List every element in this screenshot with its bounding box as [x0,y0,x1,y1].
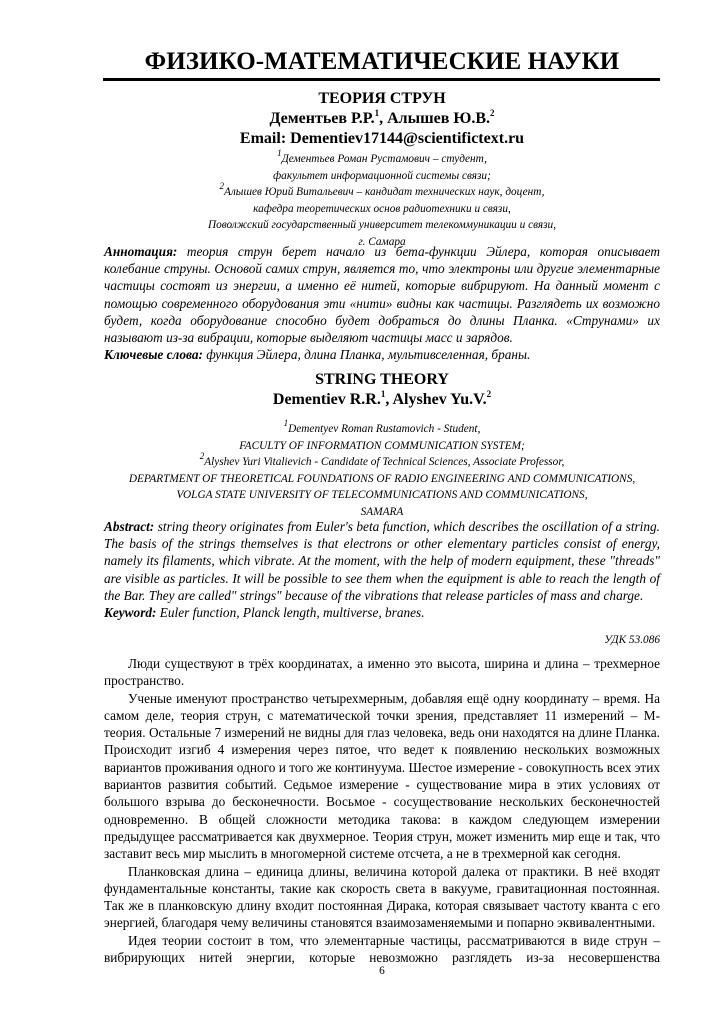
affiliation-line: факультет информационной системы связи; [104,168,660,185]
affiliations-ru: 1Дементьев Роман Рустамович – студент, ф… [104,151,660,250]
author1-ru: Дементьев Р.Р. [269,110,374,127]
authors-en: Dementiev R.R.1, Alyshev Yu.V.2 [104,390,660,410]
affiliation-line: FACULTY OF INFORMATION COMMUNICATION SYS… [104,438,660,455]
keywords-text-en: Euler function, Planck length, multivers… [156,605,424,620]
header-rule [103,78,660,81]
author1-sup: 1 [375,108,380,118]
abstract-paragraph-en: Abstract: string theory originates from … [104,518,660,604]
body-paragraph: Ученые именуют пространство четырехмерны… [104,690,660,863]
author2-ru: , Алышев Ю.В. [379,110,490,127]
author2-sup-en: 2 [487,389,492,399]
author2-en: , Alyshev Yu.V. [385,391,486,408]
body-text: Люди существуют в трёх координатах, а им… [104,655,660,966]
affiliation-line: DEPARTMENT OF THEORETICAL FOUNDATIONS OF… [84,471,680,488]
section-header: ФИЗИКО-МАТЕМАТИЧЕСКИЕ НАУКИ [104,47,660,77]
keywords-en: Keyword: Euler function, Planck length, … [104,604,660,621]
aff-sup: 1 [277,148,282,158]
affiliation-line: VOLGA STATE UNIVERSITY OF TELECOMMUNICAT… [104,487,660,504]
affiliation-line: 2Alyshev Yuri Vitalievich - Candidate of… [104,454,660,471]
affiliation-line: кафедра теоретических основ радиотехники… [104,201,660,218]
keywords-ru: Ключевые слова: функция Эйлера, длина Пл… [104,346,660,363]
abstract-text-en: string theory originates from Euler's be… [104,519,660,603]
aff-sup: 1 [284,418,289,428]
aff-sup: 2 [219,181,224,191]
aff-text: Dementyev Roman Rustamovich - Student, [288,423,480,435]
aff-text: кафедра теоретических основ радиотехники… [253,203,511,215]
abstract-en: Abstract: string theory originates from … [104,518,660,621]
authors-ru: Дементьев Р.Р.1, Алышев Ю.В.2 [104,109,660,129]
ru-title-block: ТЕОРИЯ СТРУН Дементьев Р.Р.1, Алышев Ю.В… [104,89,660,250]
author1-sup-en: 1 [381,389,386,399]
aff-text: Поволжский государственный университет т… [208,219,556,231]
body-paragraph: Идея теории состоит в том, что элементар… [104,932,660,967]
body-paragraph: Планковская длина – единица длины, велич… [104,863,660,932]
article-title-en: STRING THEORY [104,370,660,390]
aff-text: Алышев Юрий Витальевич – кандидат технич… [224,186,545,198]
aff-text: факультет информационной системы связи; [273,170,491,182]
abstract-label-ru: Аннотация: [104,244,177,259]
abstract-text-ru: теория струн берет начало из бета-функци… [104,244,660,345]
keywords-text-ru: функция Эйлера, длина Планка, мультивсел… [203,347,530,362]
article-title-ru: ТЕОРИЯ СТРУН [104,89,660,109]
affiliation-line: Поволжский государственный университет т… [104,217,660,234]
abstract-paragraph-ru: Аннотация: теория струн берет начало из … [104,243,660,346]
page-number: 6 [104,965,660,977]
affiliations-en: 1Dementyev Roman Rustamovich - Student, … [104,421,660,520]
affiliation-line: 1Dementyev Roman Rustamovich - Student, [104,421,660,438]
aff-text: Alyshev Yuri Vitalievich - Candidate of … [204,456,564,468]
aff-text: SAMARA [361,506,404,518]
keywords-label-ru: Ключевые слова: [104,347,203,362]
en-title-block: STRING THEORY Dementiev R.R.1, Alyshev Y… [104,370,660,410]
affiliation-line: 1Дементьев Роман Рустамович – студент, [104,151,660,168]
aff-text: FACULTY OF INFORMATION COMMUNICATION SYS… [239,440,525,452]
aff-text: VOLGA STATE UNIVERSITY OF TELECOMMUNICAT… [176,489,587,501]
udk-code: УДК 53.086 [104,632,660,648]
abstract-ru: Аннотация: теория струн берет начало из … [104,243,660,363]
author-email: Email: Dementiev17144@scientifictext.ru [104,129,660,149]
keywords-label-en: Keyword: [104,605,156,620]
aff-text: Дементьев Роман Рустамович – студент, [282,153,487,165]
author2-sup: 2 [490,108,495,118]
aff-text: DEPARTMENT OF THEORETICAL FOUNDATIONS OF… [129,473,635,485]
aff-sup: 2 [200,451,205,461]
body-paragraph: Люди существуют в трёх координатах, а им… [104,655,660,690]
affiliation-line: 2Алышев Юрий Витальевич – кандидат техни… [104,184,660,201]
author1-en: Dementiev R.R. [273,391,381,408]
abstract-label-en: Abstract: [104,519,154,534]
